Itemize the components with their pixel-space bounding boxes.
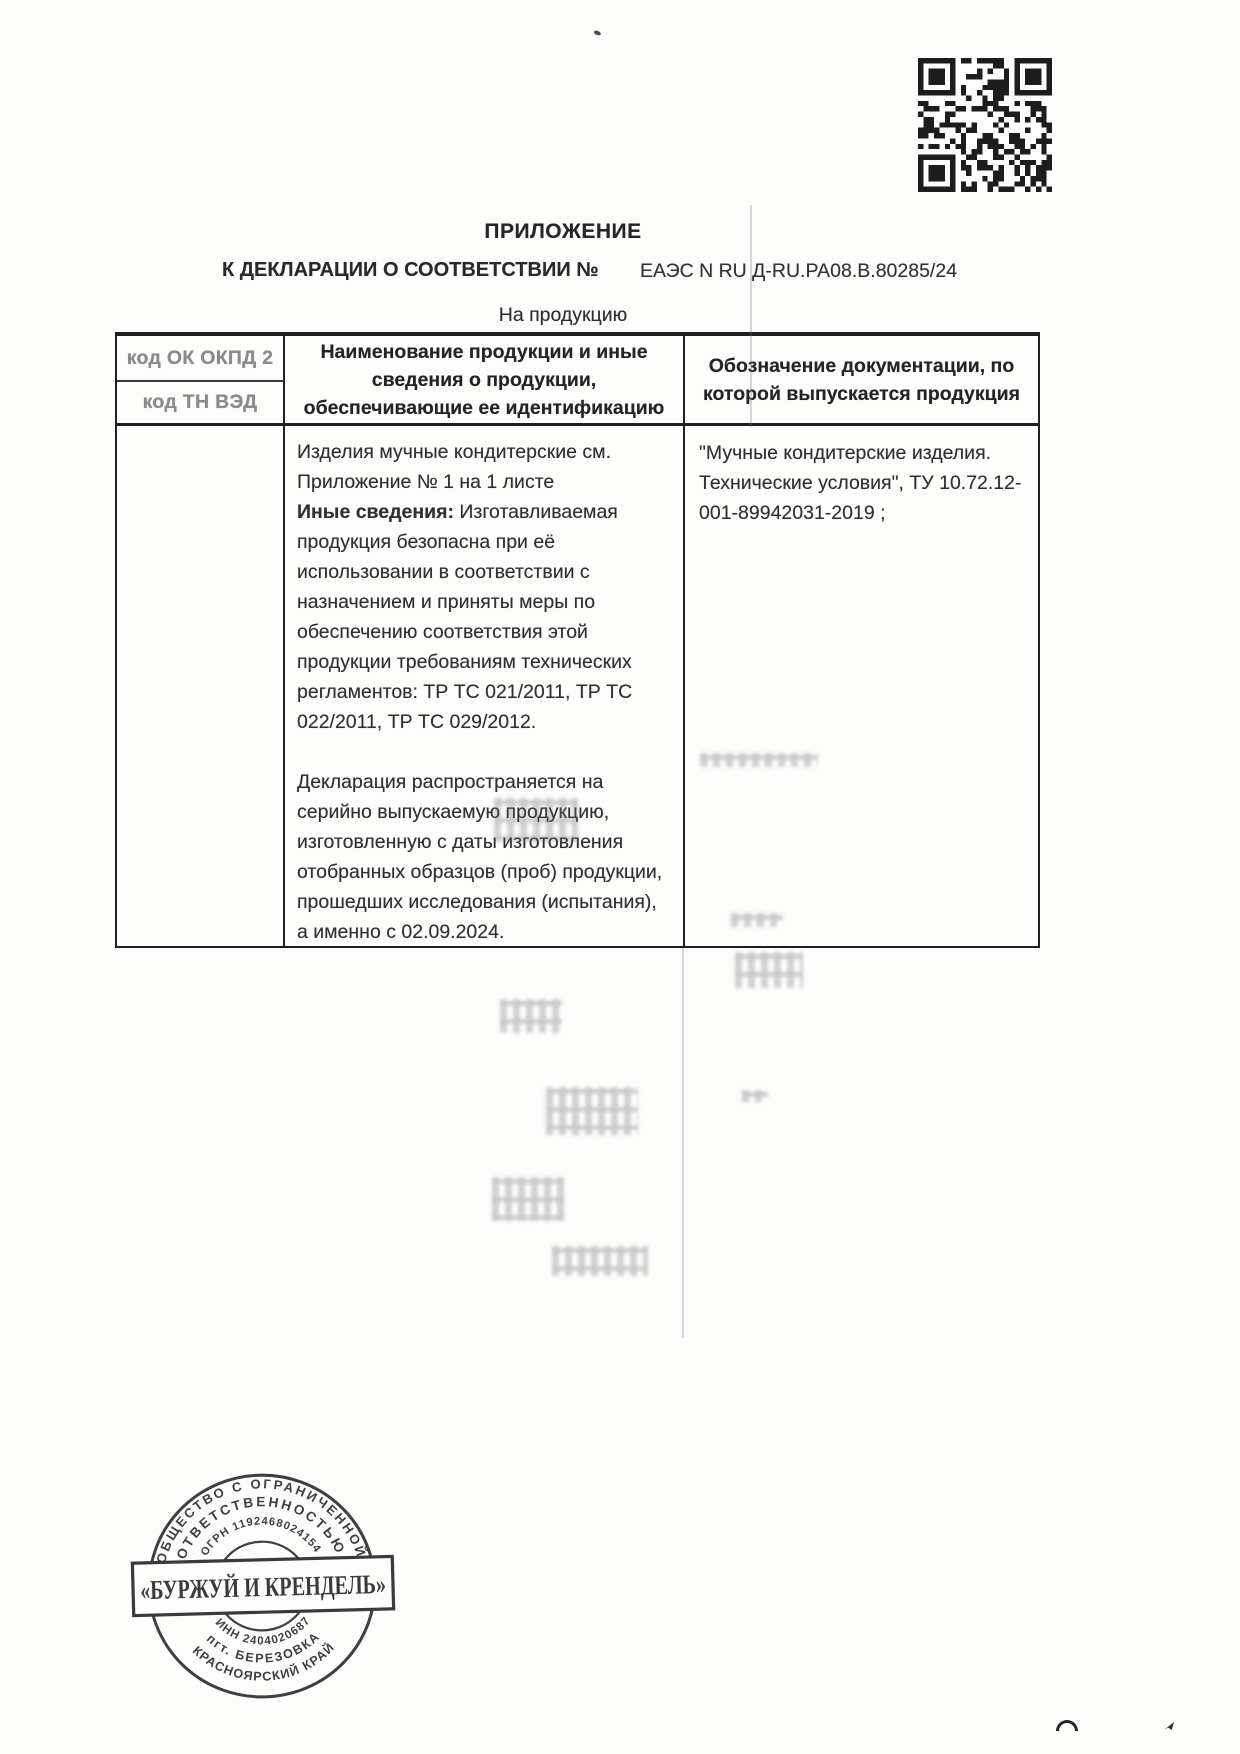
product-table: код ОК ОКПД 2 код ТН ВЭД Наименование пр…: [115, 332, 1040, 948]
scanned-declaration-page: ПРИЛОЖЕНИЕ К ДЕКЛАРАЦИИ О СООТВЕТСТВИИ №…: [0, 0, 1240, 1754]
declaration-scope: Декларация распространяется на серийно в…: [297, 767, 673, 947]
stamp-company-name: «БУРЖУЙ И КРЕНДЕЛЬ»: [140, 1569, 387, 1605]
other-info-label: Иные сведения:: [297, 501, 454, 523]
bleed-through-artifact: [494, 798, 578, 842]
table-body-documentation-cell: "Мучные кондитерские изделия. Технически…: [685, 426, 1038, 947]
bleed-through-artifact: [731, 913, 783, 927]
declaration-subtitle-label: К ДЕКЛАРАЦИИ О СООТВЕТСТВИИ №: [222, 259, 599, 282]
other-info-paragraph: Иные сведения: Изготавливаемая продукция…: [297, 497, 673, 737]
table-body-product-cell: Изделия мучные кондитерские см. Приложен…: [285, 426, 685, 947]
other-info-text: Изготавливаемая продукция безопасна при …: [297, 501, 632, 733]
bleed-through-artifact: [546, 1087, 638, 1135]
bleed-through-artifact: [500, 999, 562, 1033]
qr-code: [918, 57, 1052, 193]
bleed-through-artifact: [735, 952, 803, 988]
scan-speck: [594, 30, 602, 36]
tnved-code-label: код ТН ВЭД: [143, 391, 258, 414]
artifact-mark: [1056, 1720, 1078, 1731]
table-body-codes-cell: [117, 426, 285, 947]
product-line-label: На продукцию: [0, 304, 1126, 327]
artifact-mark: [1164, 1722, 1174, 1730]
company-stamp: ОБЩЕСТВО С ОГРАНИЧЕННОЙ ОТВЕТСТВЕННОСТЬЮ…: [128, 1467, 398, 1706]
table-header-documentation: Обозначение документации, по которой вып…: [685, 336, 1038, 426]
table-header-tnved-cell: код ТН ВЭД: [117, 382, 285, 426]
bleed-through-artifact: [492, 1177, 564, 1221]
scan-fold-line: [750, 205, 752, 427]
table-header-product-name: Наименование продукции и иные сведения о…: [285, 336, 685, 426]
product-description: Изделия мучные кондитерские см. Приложен…: [297, 437, 673, 497]
bleed-through-artifact: [552, 1246, 648, 1276]
bleed-through-artifact: [700, 753, 818, 767]
scan-fold-line: [682, 948, 684, 1338]
stamp-ribbon: «БУРЖУЙ И КРЕНДЕЛЬ»: [132, 1556, 393, 1615]
declaration-number: ЕАЭС N RU Д-RU.РА08.В.80285/24: [640, 260, 957, 283]
page-title: ПРИЛОЖЕНИЕ: [0, 220, 1126, 244]
table-header-okpd-cell: код ОК ОКПД 2: [117, 336, 285, 382]
okpd-code-label: код ОК ОКПД 2: [127, 347, 274, 370]
bleed-through-artifact: [742, 1090, 768, 1102]
